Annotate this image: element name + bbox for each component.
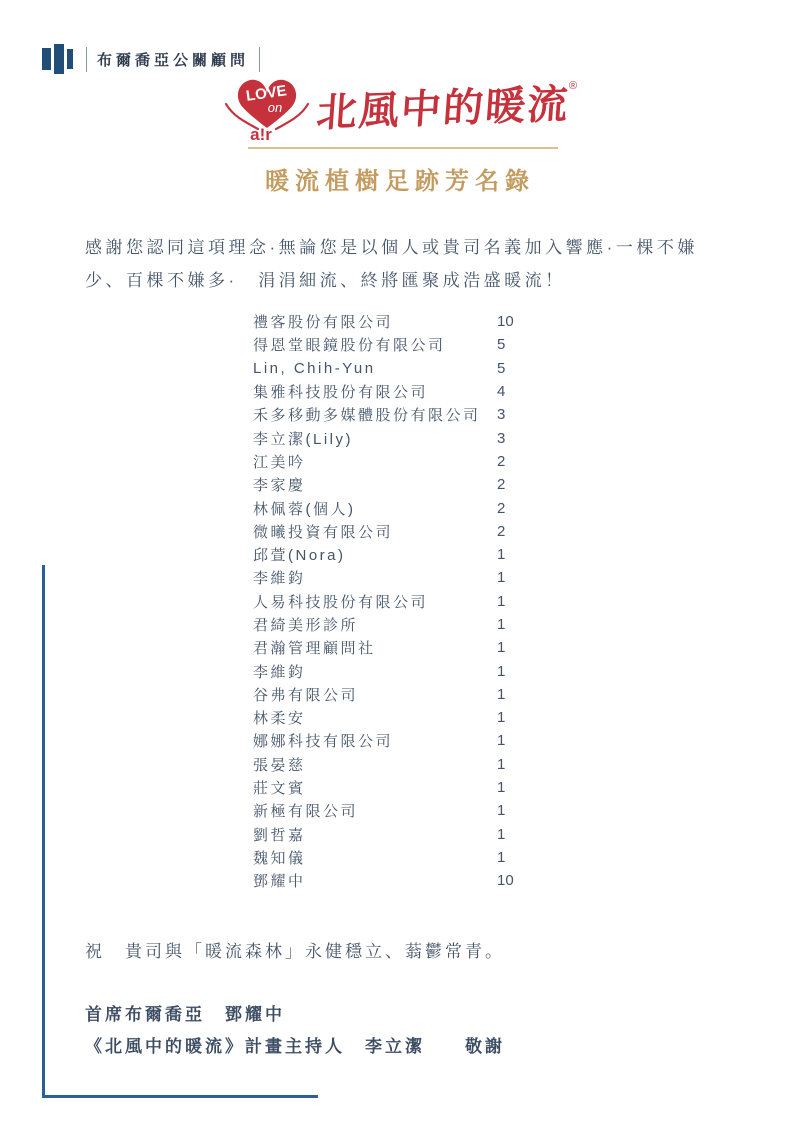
blessing-line: 祝 貴司與「暖流森林」永健穩立、蓊鬱常青。 [85,937,505,962]
donor-name: 人易科技股份有限公司 [253,591,428,612]
donor-tree-count: 1 [497,756,505,773]
table-row: 新極有限公司 1 [253,799,563,822]
donor-tree-count: 1 [497,732,505,749]
table-row: 君瀚管理顧問社 1 [253,636,563,659]
table-row: 人易科技股份有限公司 1 [253,590,563,613]
signature-line-2: 《北風中的暖流》計畫主持人 李立潔 敬謝 [85,1032,505,1057]
table-row: 邱萱(Nora) 1 [253,543,563,566]
intro-line-1: 感謝您認同這項理念·無論您是以個人或貴司名義加入響應·一棵不嫌 [85,231,750,264]
donor-name: 張晏慈 [253,754,306,775]
donor-name: 新極有限公司 [253,800,358,821]
table-row: 林柔安 1 [253,706,563,729]
table-row: 李立潔(Lily) 3 [253,426,563,449]
donor-tree-count: 3 [497,406,505,423]
donor-tree-count: 1 [497,569,505,586]
donor-name: 谷弗有限公司 [253,684,358,705]
table-row: 李家慶 2 [253,473,563,496]
table-row: 谷弗有限公司 1 [253,683,563,706]
table-row: 得恩堂眼鏡股份有限公司 5 [253,333,563,356]
donor-tree-count: 1 [497,709,505,726]
table-row: 李維鈞 1 [253,566,563,589]
donor-tree-count: 5 [497,336,505,353]
table-row: 娜娜科技有限公司 1 [253,729,563,752]
intro-line-2: 少、百棵不嫌多· 涓涓細流、終將匯聚成浩盛暖流！ [85,264,750,297]
table-row: 禾多移動多媒體股份有限公司 3 [253,403,563,426]
donor-name: 君瀚管理顧問社 [253,637,376,658]
donor-tree-count: 10 [497,313,514,330]
donor-name: 李維鈞 [253,567,306,588]
donor-name: 微曦投資有限公司 [253,521,393,542]
brand-name: 布爾喬亞公關顧問 [86,47,260,72]
logo-text-air: a!r [250,125,272,144]
love-on-air-heart-icon: LOVE on a!r [223,74,311,144]
donor-name: 劉哲嘉 [253,824,306,845]
donor-name: 林佩蓉(個人) [253,498,356,519]
donor-tree-count: 1 [497,663,505,680]
logo-bar [67,49,73,69]
table-row: 江美吟 2 [253,450,563,473]
donor-tree-count: 1 [497,779,505,796]
gold-divider [248,147,558,149]
donor-name: 李立潔(Lily) [253,428,353,449]
donor-name: 君綺美形診所 [253,614,358,635]
campaign-name-calligraphy: 北風中的暖流 [315,85,571,134]
donor-name: 得恩堂眼鏡股份有限公司 [253,334,446,355]
logo-bar [42,48,51,70]
table-row: 集雅科技股份有限公司 4 [253,380,563,403]
donor-name: 娜娜科技有限公司 [253,730,393,751]
campaign-logo: LOVE on a!r 北風中的暖流 ® [0,74,800,144]
table-row: 張晏慈 1 [253,753,563,776]
donor-tree-count: 2 [497,453,505,470]
page-title: 暖流植樹足跡芳名錄 [0,161,800,196]
donor-name: 林柔安 [253,707,306,728]
donor-name: 李維鈞 [253,661,306,682]
donor-tree-count: 2 [497,523,505,540]
donor-tree-count: 2 [497,500,505,517]
table-row: 劉哲嘉 1 [253,823,563,846]
table-row: 李維鈞 1 [253,659,563,682]
table-row: 鄧耀中 10 [253,869,563,892]
table-row: 魏知儀 1 [253,846,563,869]
donor-tree-count: 1 [497,639,505,656]
donor-name: 集雅科技股份有限公司 [253,381,428,402]
donor-name: 魏知儀 [253,847,306,868]
donor-tree-count: 3 [497,430,505,447]
donor-tree-count: 1 [497,849,505,866]
donor-tree-count: 5 [497,360,505,377]
donor-tree-count: 1 [497,686,505,703]
donor-tree-count: 1 [497,593,505,610]
donor-name: 邱萱(Nora) [253,544,346,565]
donor-tree-count: 1 [497,616,505,633]
donor-tree-count: 1 [497,826,505,843]
donor-list: 禮客股份有限公司 10 得恩堂眼鏡股份有限公司 5 Lin, Chih-Yun … [253,310,563,892]
donor-tree-count: 1 [497,802,505,819]
brand-header: 布爾喬亞公關顧問 [42,44,260,74]
donor-tree-count: 2 [497,476,505,493]
intro-paragraph: 感謝您認同這項理念·無論您是以個人或貴司名義加入響應·一棵不嫌 少、百棵不嫌多·… [85,231,750,297]
donor-name: 莊文賓 [253,777,306,798]
table-row: 微曦投資有限公司 2 [253,520,563,543]
corner-border-horizontal [42,1095,318,1098]
corner-border-vertical [42,565,45,1098]
donor-name: 江美吟 [253,451,306,472]
donor-name: Lin, Chih-Yun [253,360,376,377]
table-row: 莊文賓 1 [253,776,563,799]
donor-tree-count: 10 [497,872,514,889]
donor-name: 李家慶 [253,474,306,495]
signature-line-1: 首席布爾喬亞 鄧耀中 [85,1000,285,1025]
logo-text-on: on [268,100,282,115]
donor-name: 禾多移動多媒體股份有限公司 [253,404,481,425]
donor-tree-count: 4 [497,383,505,400]
logo-bar [54,44,64,74]
donor-name: 鄧耀中 [253,870,306,891]
table-row: 林佩蓉(個人) 2 [253,496,563,519]
document-page: 布爾喬亞公關顧問 LOVE on a!r 北風中的暖流 ® 暖流植樹足跡芳名錄 … [0,0,800,1144]
table-row: 君綺美形診所 1 [253,613,563,636]
bourgeois-bars-logo-icon [42,44,76,74]
donor-name: 禮客股份有限公司 [253,311,393,332]
table-row: Lin, Chih-Yun 5 [253,357,563,380]
table-row: 禮客股份有限公司 10 [253,310,563,333]
donor-tree-count: 1 [497,546,505,563]
